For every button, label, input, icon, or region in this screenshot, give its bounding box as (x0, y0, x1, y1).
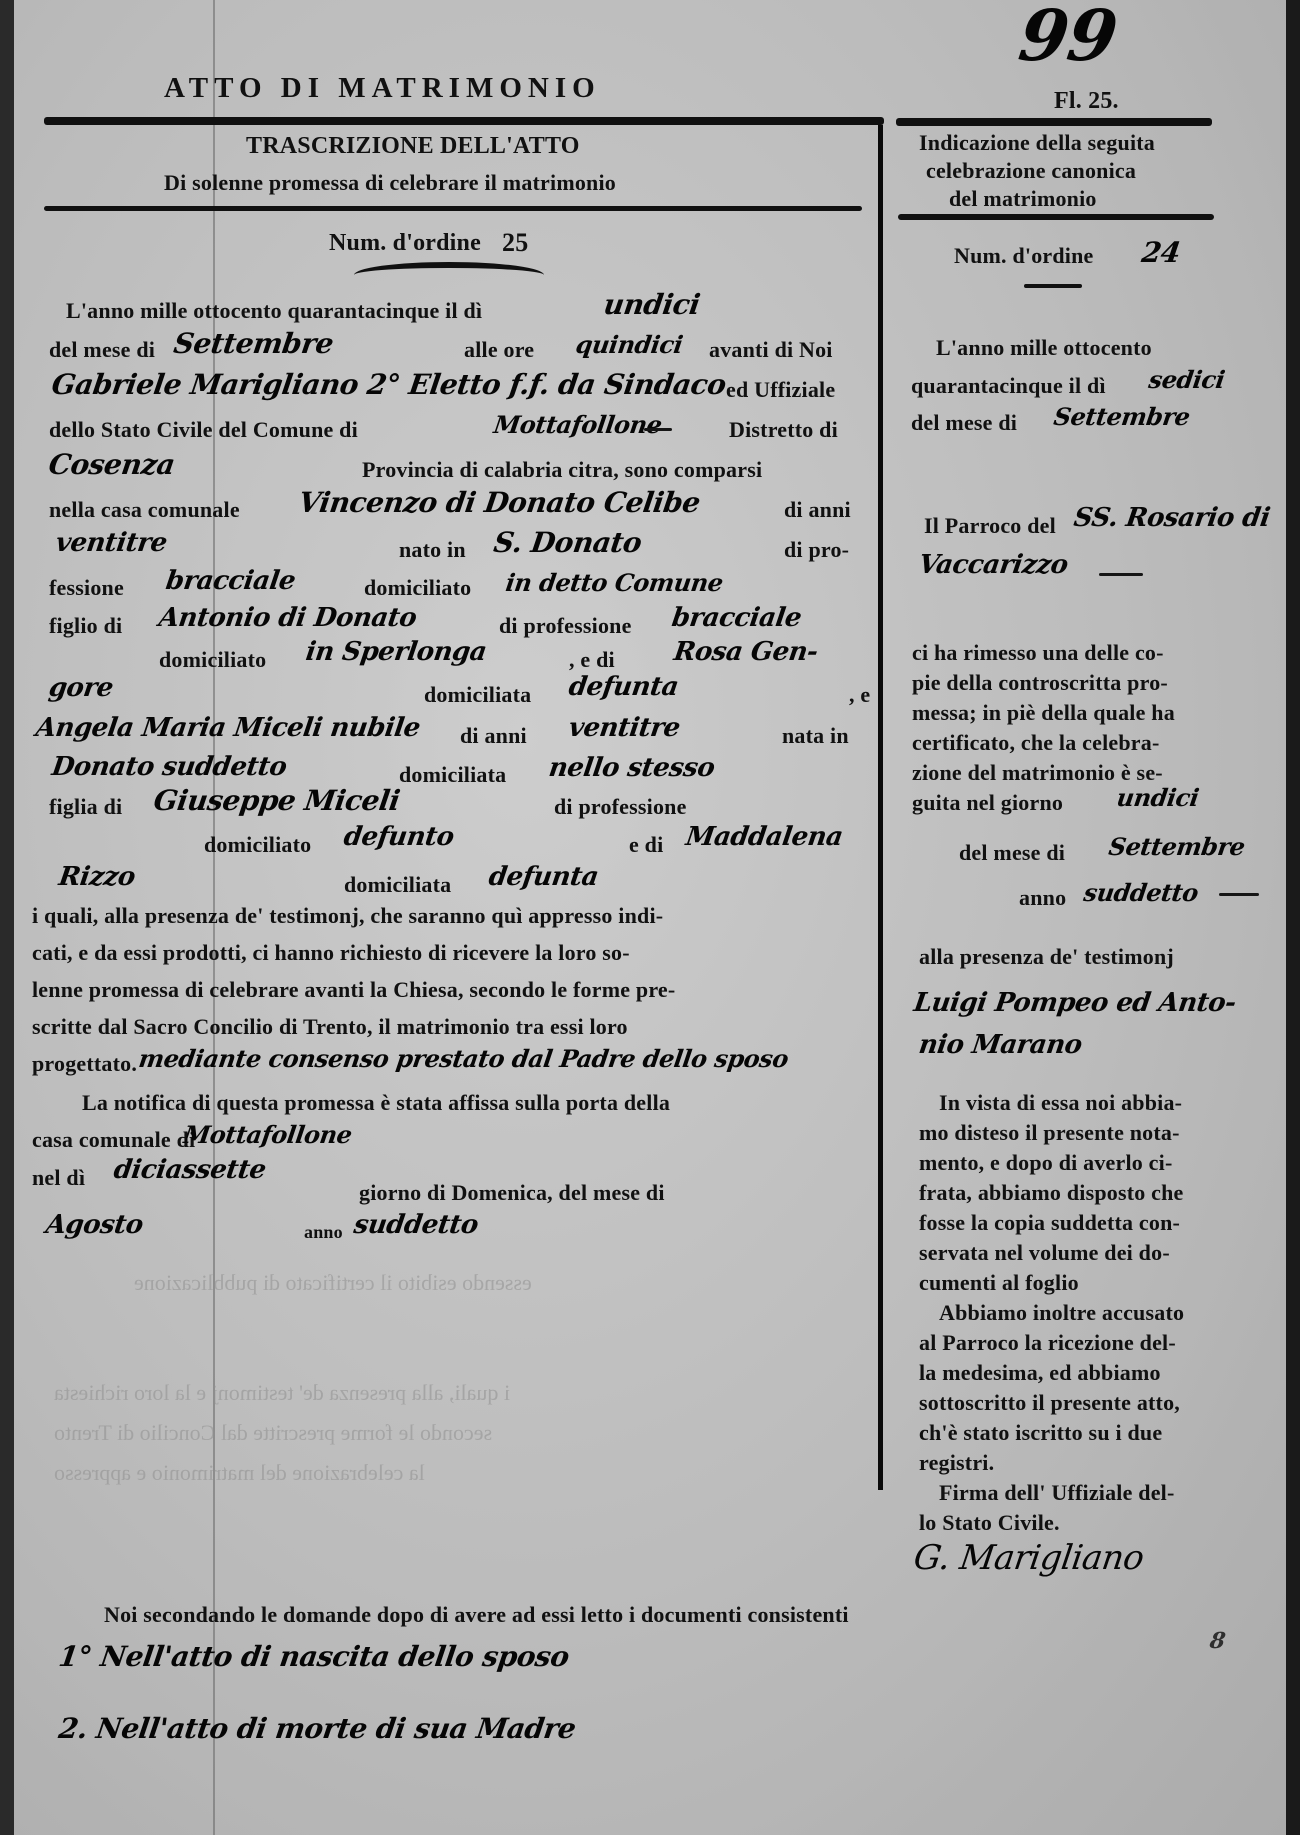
header-rule-right (896, 118, 1212, 126)
handwritten-groom-birthplace: S. Donato (492, 526, 644, 559)
left-subtitle-rule (44, 206, 862, 211)
right-text-line: fosse la copia suddetta con- (919, 1210, 1180, 1236)
handwritten-celebration-notice-month: Settembre (1052, 402, 1192, 431)
paragraph-line: progettato. (32, 1051, 137, 1077)
header-rule-left (44, 117, 884, 125)
line-text: domiciliato (204, 832, 311, 858)
right-text-line: lo Stato Civile. (919, 1510, 1060, 1536)
handwritten-consent-note: mediante consenso prestato dal Padre del… (137, 1044, 790, 1073)
bleed-through-text: la celebrazione del matrimonio e appress… (54, 1460, 425, 1486)
handwritten-groom-profession: bracciale (164, 566, 297, 596)
left-section-subtitle: Di solenne promessa di celebrare il matr… (164, 170, 616, 196)
column-divider (878, 125, 883, 1490)
handwritten-bride-name: Angela Maria Miceli nubile (34, 713, 422, 743)
handwritten-hour: quindici (574, 330, 685, 359)
right-order-label: Num. d'ordine (954, 243, 1094, 269)
line-text: L'anno mille ottocento quarantacinque il… (66, 298, 482, 324)
line-text: fessione (49, 575, 124, 601)
handwritten-groom-domicile: in detto Comune (504, 568, 725, 597)
handwritten-notice-month: Agosto (44, 1210, 145, 1240)
right-text-line: cumenti al foglio (919, 1270, 1079, 1296)
handwritten-mother-domicile: defunta (567, 672, 680, 702)
paragraph-line: i quali, alla presenza de' testimonj, ch… (32, 903, 874, 929)
paragraph-line: casa comunale di (32, 1127, 195, 1153)
paragraph-line: cati, e da essi prodotti, ci hanno richi… (32, 940, 630, 966)
line-text: di pro- (784, 537, 849, 563)
handwritten-father-name: Antonio di Donato (157, 603, 418, 633)
handwritten-witnesses-cont: nio Marano (917, 1030, 1084, 1060)
handwritten-month: Settembre (172, 327, 336, 360)
corner-mark: 8 (1208, 1628, 1226, 1654)
line-text: di professione (554, 794, 687, 820)
right-section-title: Indicazione della seguita (919, 130, 1155, 156)
folio-label: Fl. 25. (1054, 88, 1119, 115)
right-text-line: registri. (919, 1450, 994, 1476)
documents-intro-line: Noi secondando le domande dopo di avere … (104, 1602, 849, 1628)
left-section-title: TRASCRIZIONE DELL'ATTO (246, 133, 580, 160)
ornament-brace (354, 262, 544, 288)
line-text: domiciliato (364, 575, 471, 601)
right-text-line: servata nel volume dei do- (919, 1240, 1170, 1266)
right-order-value: 24 (1140, 236, 1183, 269)
line-text: domiciliata (424, 682, 531, 708)
handwritten-document-item: 1° Nell'atto di nascita dello sposo (57, 1640, 571, 1673)
handwritten-notice-year: suddetto (352, 1210, 480, 1240)
official-signature: G. Marigliano (911, 1538, 1146, 1578)
handwritten-bride-mother-domicile: defunta (487, 862, 600, 892)
handwritten-bride-mother-cont: Rizzo (57, 862, 137, 892)
right-text-line: certificato, che la celebra- (912, 730, 1159, 756)
line-text: di anni (460, 723, 527, 749)
handwritten-notice-day: diciassette (112, 1155, 268, 1185)
right-text-line: sottoscritto il presente atto, (919, 1390, 1180, 1416)
line-text: avanti di Noi (709, 337, 833, 363)
handwritten-comune: Mottafollone (492, 410, 664, 439)
handwritten-district: Cosenza (47, 448, 177, 481)
right-text-line: In vista di essa noi abbia- (939, 1090, 1182, 1116)
left-order-value: 25 (502, 228, 528, 258)
line-text: domiciliata (399, 762, 506, 788)
right-text-line: mento, e dopo di averlo ci- (919, 1150, 1172, 1176)
paragraph-line: La notifica di questa promessa è stata a… (82, 1090, 670, 1116)
paragraph-line: anno (304, 1222, 343, 1243)
handwritten-celebration-year: suddetto (1082, 878, 1200, 907)
handwritten-celebration-day: undici (1115, 783, 1201, 812)
paragraph-line: lenne promessa di celebrare avanti la Ch… (32, 977, 675, 1003)
right-text-line: quarantacinque il dì (911, 373, 1106, 399)
right-text-line: guita nel giorno (912, 790, 1063, 816)
line-text: alle ore (464, 337, 534, 363)
right-text-line: ch'è stato iscritto su i due (919, 1420, 1162, 1446)
line-text: , e (849, 682, 870, 708)
right-text-line: del mese di (959, 840, 1065, 866)
handwritten-official-name: Gabriele Marigliano 2° Eletto f.f. da Si… (50, 368, 728, 401)
paragraph-line: scritte dal Sacro Concilio di Trento, il… (32, 1014, 628, 1040)
document-title: ATTO DI MATRIMONIO (164, 72, 601, 105)
handwritten-parish-place: Vaccarizzo (917, 550, 1070, 580)
handwritten-mother-name: Rosa Gen- (672, 637, 820, 667)
handwritten-bride-birthplace: Donato suddetto (50, 752, 289, 782)
right-text-line: pie della controscritta pro- (912, 670, 1168, 696)
handwritten-parish: SS. Rosario di (1072, 503, 1272, 533)
handwritten-bride-mother: Maddalena (684, 822, 845, 852)
line-text: figlia di (49, 794, 122, 820)
right-text-line: Il Parroco del (924, 513, 1056, 539)
right-text-line: alla presenza de' testimonj (919, 944, 1174, 970)
handwritten-document-item: 2. Nell'atto di morte di sua Madre (57, 1712, 578, 1745)
line-text: dello Stato Civile del Comune di (49, 417, 358, 443)
scan-left-edge (0, 0, 14, 1835)
handwritten-bride-father: Giuseppe Miceli (152, 784, 402, 817)
right-section-title: celebrazione canonica (926, 158, 1136, 184)
right-text-line: del mese di (911, 410, 1017, 436)
line-text: nata in (782, 723, 849, 749)
right-text-line: mo disteso il presente nota- (919, 1120, 1180, 1146)
right-text-line: al Parroco la ricezione del- (919, 1330, 1176, 1356)
line-text: nato in (399, 537, 466, 563)
paragraph-line: giorno di Domenica, del mese di (359, 1180, 665, 1206)
paragraph-line: nel dì (32, 1165, 85, 1191)
handwritten-groom-name: Vincenzo di Donato Celibe (297, 486, 702, 519)
right-text-line: L'anno mille ottocento (936, 335, 1152, 361)
left-order-label: Num. d'ordine (329, 230, 481, 257)
line-text: di anni (784, 497, 851, 523)
line-text: domiciliata (344, 872, 451, 898)
handwritten-celebration-notice-day: sedici (1147, 365, 1226, 394)
handwritten-celebration-month: Settembre (1107, 832, 1247, 861)
handwritten-father-domicile: in Sperlonga (304, 637, 488, 667)
handwritten-bride-father-domicile: defunto (342, 822, 456, 852)
handwritten-notice-comune: Mottafollone (182, 1120, 354, 1149)
line-text: nella casa comunale (49, 497, 240, 523)
handwritten-groom-age: ventitre (54, 528, 169, 558)
line-text: del mese di (49, 337, 155, 363)
line-text: di professione (499, 613, 632, 639)
line-text: Provincia di calabria citra, sono compar… (362, 457, 762, 483)
handwritten-father-profession: bracciale (670, 603, 803, 633)
line-text: Distretto di (729, 417, 838, 443)
handwritten-mother-name-cont: gore (47, 673, 115, 703)
scan-right-edge (1286, 0, 1300, 1835)
bleed-through-text: i quali, alla presenza de' testimonj e l… (54, 1380, 510, 1406)
right-text-line: la medesima, ed abbiamo (919, 1360, 1161, 1386)
right-section-title: del matrimonio (949, 186, 1097, 212)
right-text-line: Abbiamo inoltre accusato (939, 1300, 1184, 1326)
handwritten-bride-age: ventitre (567, 713, 682, 743)
right-text-line: anno (1019, 885, 1066, 911)
right-text-line: messa; in piè della quale ha (912, 700, 1175, 726)
document-page: ATTO DI MATRIMONIO 99 Fl. 25. TRASCRIZIO… (14, 0, 1286, 1835)
handwritten-day: undici (602, 288, 702, 321)
handwritten-witnesses: Luigi Pompeo ed Anto- (912, 988, 1238, 1018)
bleed-through-text: secondo le forme prescritte dal Concilio… (54, 1420, 492, 1446)
right-text-line: frata, abbiamo disposto che (919, 1180, 1184, 1206)
line-text: domiciliato (159, 647, 266, 673)
right-title-rule (898, 214, 1214, 220)
handwritten-folio-number: 99 (1014, 0, 1122, 77)
line-text: figlio di (49, 613, 122, 639)
right-text-line: ci ha rimesso una delle co- (912, 640, 1164, 666)
line-text: ed Uffiziale (726, 377, 835, 403)
handwritten-bride-domicile: nello stesso (547, 753, 717, 783)
right-text-line: Firma dell' Uffiziale del- (939, 1480, 1175, 1506)
line-text: , e di (569, 647, 615, 673)
line-text: e di (629, 832, 663, 858)
bleed-through-text: essendo esibito il certificato di pubbli… (134, 1270, 532, 1296)
